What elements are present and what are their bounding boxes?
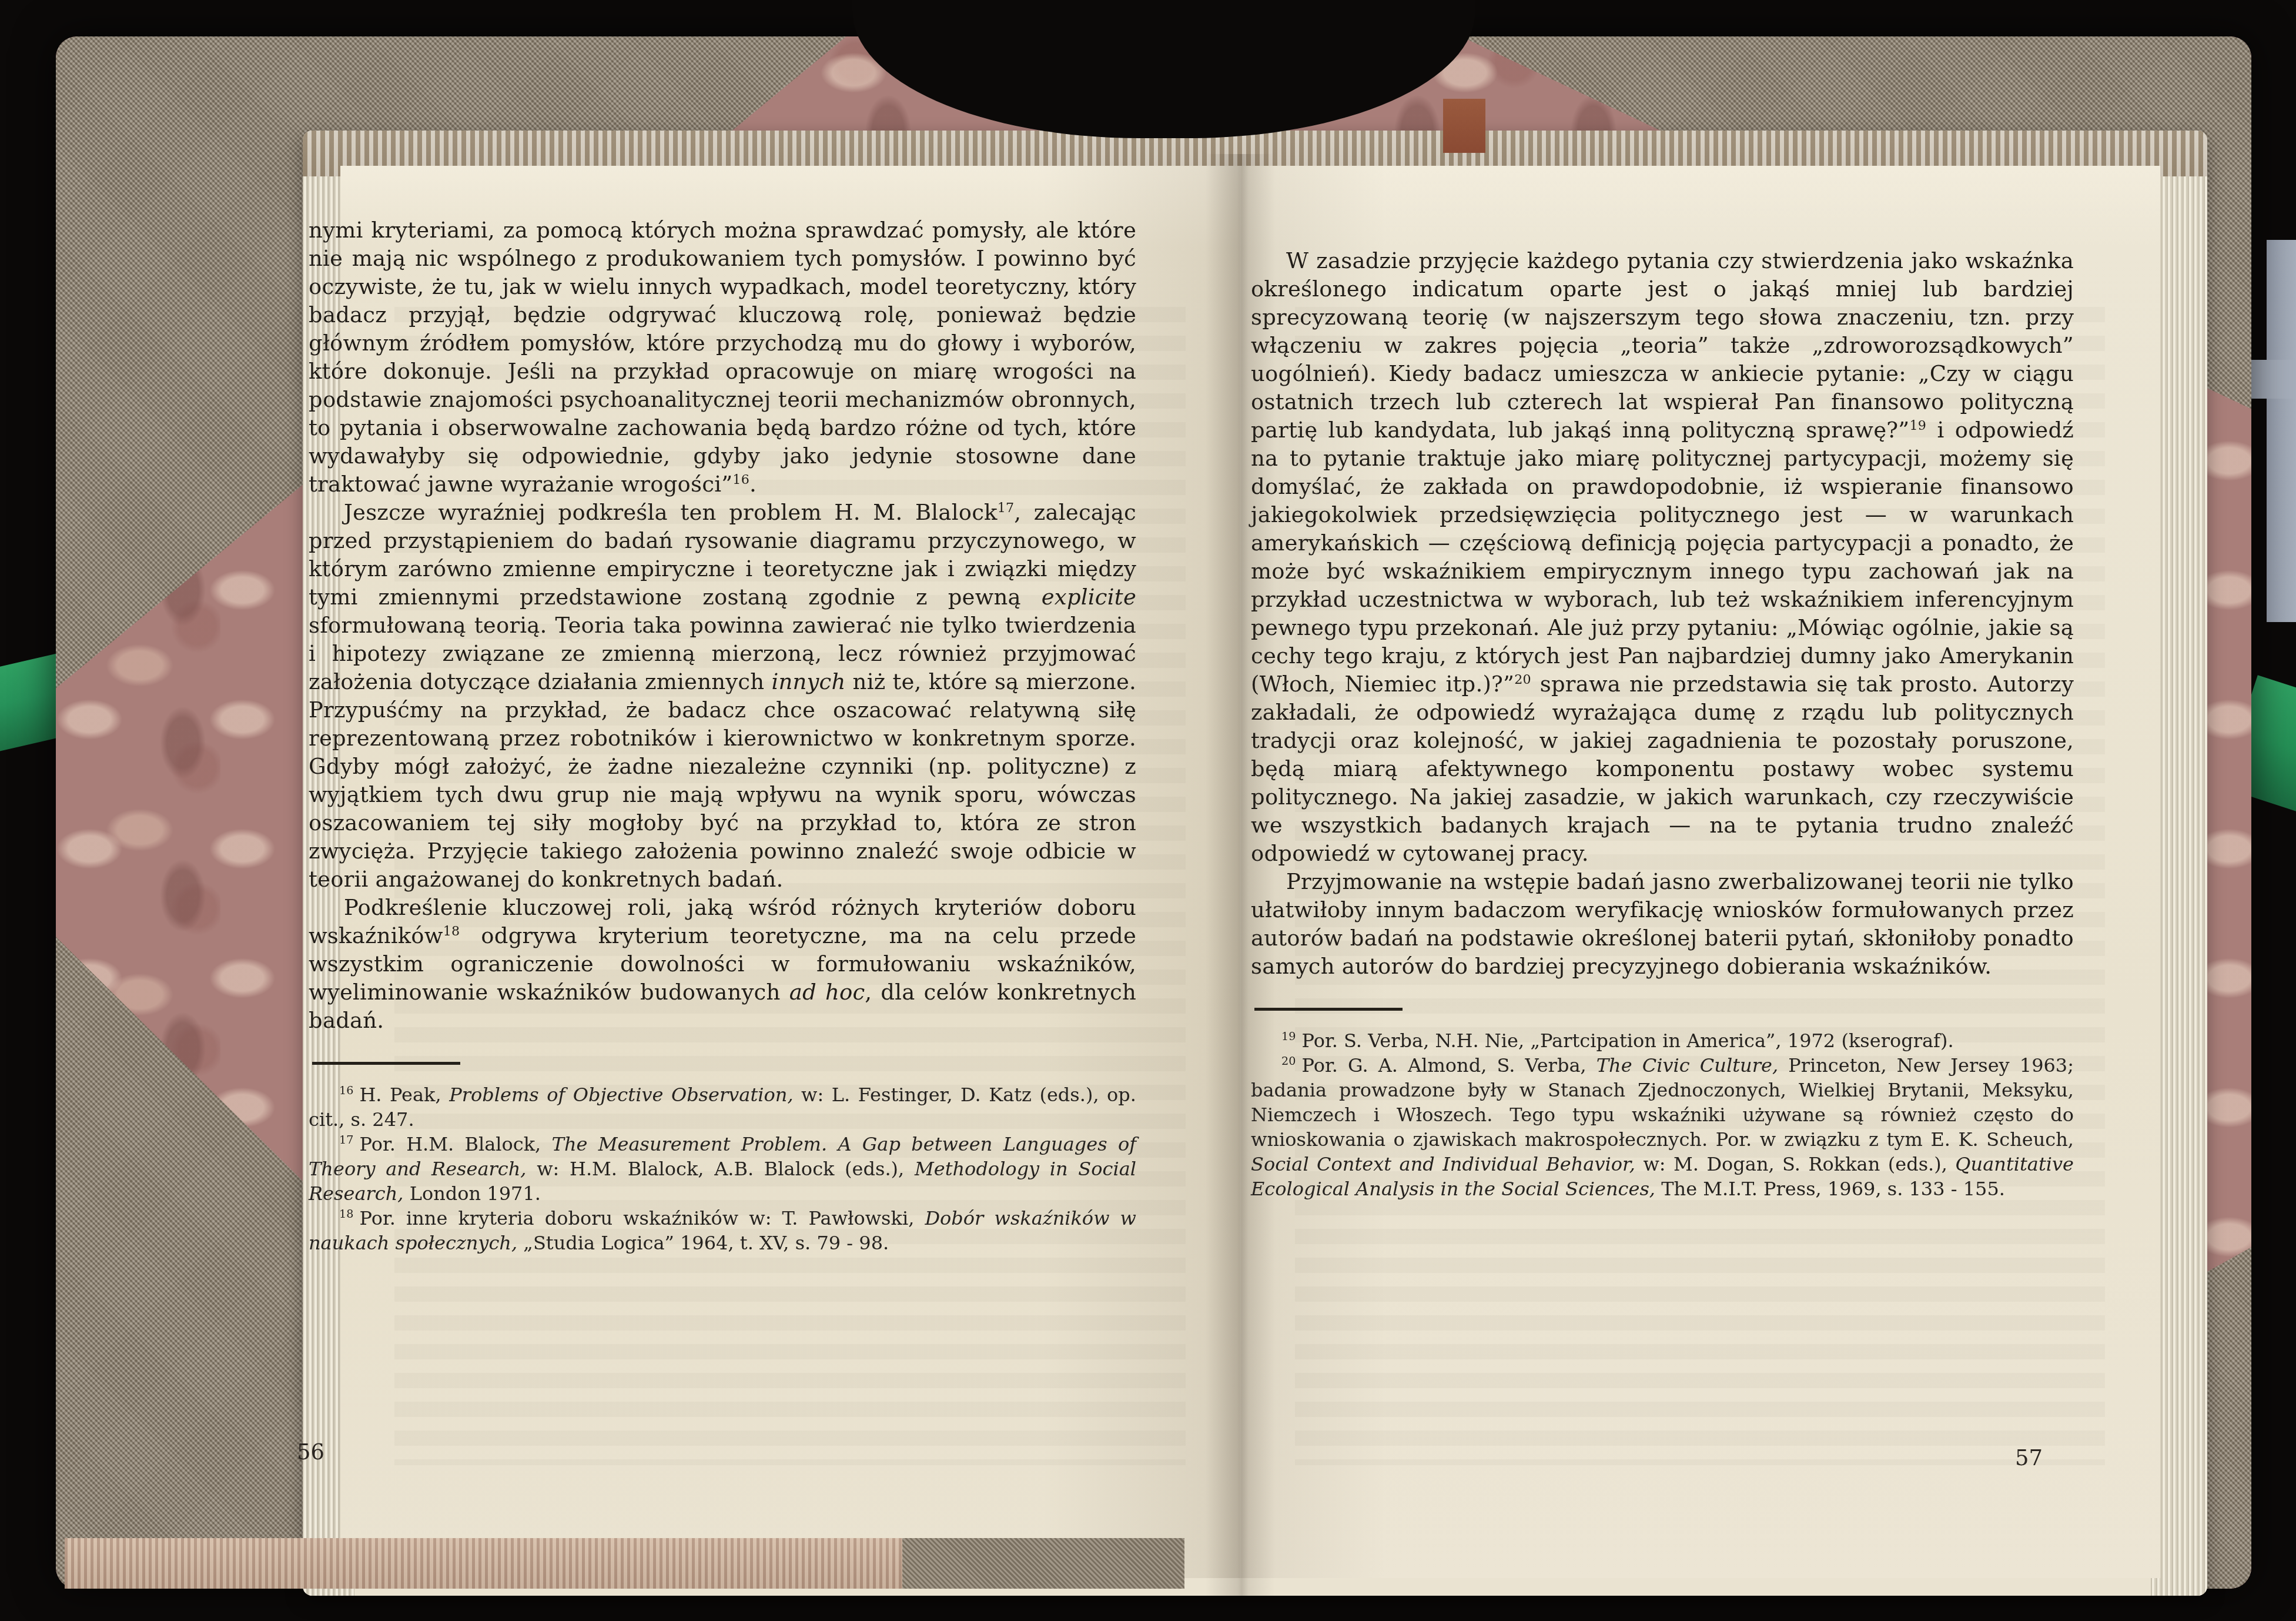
text-run: H. Peak,: [359, 1084, 449, 1106]
footnote-separator: [312, 1062, 460, 1065]
cloth-bottom-edge: [902, 1538, 1184, 1589]
footnote-separator: [1254, 1008, 1403, 1011]
text-run: The M.I.T. Press, 1969, s. 133 - 155.: [1655, 1178, 2005, 1200]
paragraph: nymi kryteriami, za pomocą których można…: [309, 216, 1136, 499]
text-run: .: [749, 472, 757, 497]
text-run: Por. H.M. Blalock,: [359, 1133, 551, 1155]
footnote-ref: 19: [1909, 418, 1926, 433]
page-number: 57: [2015, 1445, 2043, 1470]
paragraph: Podkreślenie kluczowej roli, jaką wśród …: [309, 894, 1136, 1035]
spine-lining: [1443, 99, 1485, 153]
footnote-marker: 18: [339, 1207, 353, 1221]
text-run: The Civic Culture,: [1597, 1054, 1778, 1077]
text-run: „Studia Logica” 1964, t. XV, s. 79 - 98.: [517, 1232, 889, 1254]
text-run: Problems of Objective Observation,: [449, 1084, 793, 1106]
text-run: Przyjmowanie na wstępie badań jasno zwer…: [1251, 869, 2074, 979]
footnote: 20Por. G. A. Almond, S. Verba, The Civic…: [1251, 1053, 2074, 1201]
body-text: nymi kryteriami, za pomocą których można…: [309, 216, 1136, 1035]
text-run: Por. G. A. Almond, S. Verba,: [1301, 1054, 1596, 1077]
text-run: sprawa nie przedstawia się tak prosto. A…: [1251, 671, 2074, 866]
footnote-ref: 18: [443, 924, 460, 939]
left-page-text: nymi kryteriami, za pomocą których można…: [309, 216, 1136, 1255]
footnote-ref: 20: [1514, 672, 1531, 687]
text-run: London 1971.: [403, 1182, 540, 1205]
page-number: 56: [297, 1439, 324, 1465]
text-run: Jeszcze wyraźniej podkreśla ten problem …: [344, 500, 998, 525]
page-clip: [2267, 240, 2296, 622]
text-run: Social Context and Individual Behavior,: [1251, 1153, 1635, 1175]
text-run: explicite: [1042, 584, 1136, 610]
right-page-text: W zasadzie przyjęcie każdego pytania czy…: [1251, 247, 2074, 1201]
footnote-marker: 20: [1281, 1054, 1296, 1068]
footnotes: 19Por. S. Verba, N.H. Nie, „Partcipation…: [1251, 1028, 2074, 1201]
footnote-ref: 17: [998, 500, 1015, 516]
footnotes: 16H. Peak, Problems of Objective Observa…: [309, 1082, 1136, 1255]
paragraph: Jeszcze wyraźniej podkreśla ten problem …: [309, 499, 1136, 894]
footnote-marker: 16: [339, 1084, 353, 1097]
body-text: W zasadzie przyjęcie każdego pytania czy…: [1251, 247, 2074, 981]
scan-photo: { "colors":{ "bg":"#0b0908","paper":"#ea…: [0, 0, 2296, 1621]
footnote-marker: 19: [1281, 1030, 1296, 1043]
text-run: niż te, które są mierzone. Przypuśćmy na…: [309, 669, 1136, 892]
paragraph: W zasadzie przyjęcie każdego pytania czy…: [1251, 247, 2074, 868]
text-run: w: H.M. Blalock, A.B. Blalock (eds.),: [527, 1158, 915, 1180]
text-run: w: M. Dogan, S. Rokkan (eds.),: [1635, 1153, 1955, 1175]
paragraph: Przyjmowanie na wstępie badań jasno zwer…: [1251, 868, 2074, 981]
footnote-ref: 16: [732, 472, 749, 487]
text-run: ad hoc: [789, 980, 865, 1005]
footnote: 18Por. inne kryteria doboru wskaźników w…: [309, 1206, 1136, 1255]
text-run: innych: [771, 669, 845, 694]
text-run: Por. S. Verba, N.H. Nie, „Partcipation i…: [1301, 1030, 1953, 1052]
footnote: 17Por. H.M. Blalock, The Measurement Pro…: [309, 1132, 1136, 1206]
cover-bottom-edge: [65, 1538, 1184, 1589]
footnote: 16H. Peak, Problems of Objective Observa…: [309, 1082, 1136, 1132]
footnote: 19Por. S. Verba, N.H. Nie, „Partcipation…: [1251, 1028, 2074, 1053]
text-run: W zasadzie przyjęcie każdego pytania czy…: [1251, 248, 2074, 443]
footnote-marker: 17: [339, 1133, 353, 1147]
text-run: nymi kryteriami, za pomocą których można…: [309, 218, 1136, 497]
text-run: Por. inne kryteria doboru wskaźników w: …: [359, 1207, 925, 1229]
text-run: i odpowiedź na to pytanie traktuje jako …: [1251, 417, 2074, 697]
